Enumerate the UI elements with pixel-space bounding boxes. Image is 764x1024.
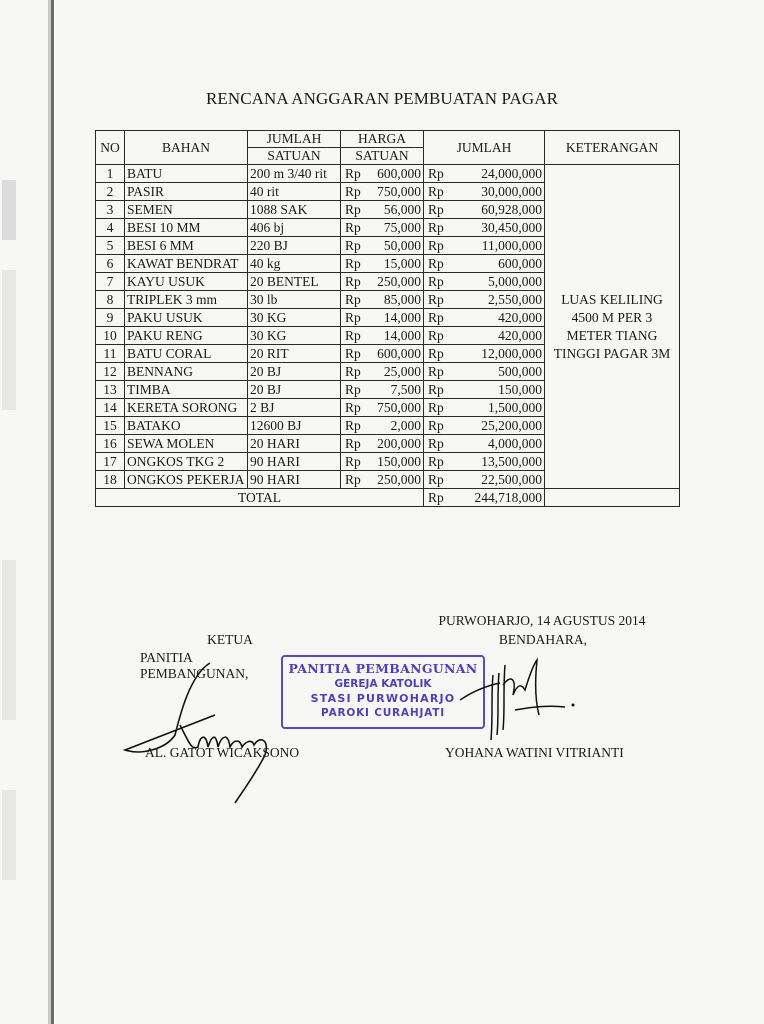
header-harga-satuan-bottom: SATUAN — [341, 148, 424, 165]
row-jumlah: Rp4,000,000 — [424, 435, 545, 453]
currency-label: Rp — [426, 419, 444, 433]
harga-value: 200,000 — [377, 437, 421, 451]
row-jumlah: Rp420,000 — [424, 309, 545, 327]
row-jumlah: Rp600,000 — [424, 255, 545, 273]
right-signer-name: YOHANA WATINI VITRIANTI — [445, 745, 645, 761]
header-jumlah-satuan-top: JUMLAH — [248, 131, 341, 148]
scan-edge-line — [51, 0, 54, 1024]
row-bahan: SEWA MOLEN — [125, 435, 248, 453]
jumlah-value: 22,500,000 — [481, 473, 542, 487]
keterangan-note: LUAS KELILING4500 M PER 3METER TIANGTING… — [545, 165, 680, 489]
row-no: 17 — [96, 453, 125, 471]
currency-label: Rp — [343, 239, 361, 253]
currency-label: Rp — [426, 491, 444, 505]
row-jumlah-satuan: 200 m 3/40 rit — [248, 165, 341, 183]
row-bahan: KAYU USUK — [125, 273, 248, 291]
row-jumlah-satuan: 40 rit — [248, 183, 341, 201]
right-signature-icon — [455, 655, 585, 745]
row-harga-satuan: Rp750,000 — [341, 399, 424, 417]
row-no: 4 — [96, 219, 125, 237]
currency-label: Rp — [343, 347, 361, 361]
row-no: 12 — [96, 363, 125, 381]
jumlah-value: 13,500,000 — [481, 455, 542, 469]
row-harga-satuan: Rp75,000 — [341, 219, 424, 237]
jumlah-value: 1,500,000 — [488, 401, 542, 415]
row-harga-satuan: Rp2,000 — [341, 417, 424, 435]
right-role-bendahara: BENDAHARA, — [433, 632, 653, 648]
row-no: 14 — [96, 399, 125, 417]
document-title: RENCANA ANGGARAN PEMBUATAN PAGAR — [0, 89, 764, 109]
row-jumlah: Rp2,550,000 — [424, 291, 545, 309]
harga-value: 7,500 — [391, 383, 421, 397]
row-jumlah: Rp22,500,000 — [424, 471, 545, 489]
currency-label: Rp — [426, 437, 444, 451]
row-jumlah-satuan: 30 lb — [248, 291, 341, 309]
currency-label: Rp — [426, 185, 444, 199]
stamp-line-3: STASI PURWOHARJO — [283, 692, 483, 705]
row-harga-satuan: Rp14,000 — [341, 327, 424, 345]
place-date: PURWOHARJO, 14 AGUSTUS 2014 — [432, 613, 652, 629]
jumlah-value: 30,450,000 — [481, 221, 542, 235]
header-jumlah: JUMLAH — [424, 131, 545, 165]
row-bahan: PAKU USUK — [125, 309, 248, 327]
row-jumlah: Rp1,500,000 — [424, 399, 545, 417]
jumlah-value: 150,000 — [498, 383, 542, 397]
currency-label: Rp — [343, 221, 361, 235]
row-harga-satuan: Rp750,000 — [341, 183, 424, 201]
row-jumlah-satuan: 12600 BJ — [248, 417, 341, 435]
currency-label: Rp — [343, 455, 361, 469]
currency-label: Rp — [426, 347, 444, 361]
currency-label: Rp — [426, 167, 444, 181]
row-no: 11 — [96, 345, 125, 363]
row-jumlah-satuan: 406 bj — [248, 219, 341, 237]
currency-label: Rp — [426, 293, 444, 307]
jumlah-value: 600,000 — [498, 257, 542, 271]
budget-table: NO BAHAN JUMLAH HARGA JUMLAH KETERANGAN … — [95, 130, 680, 507]
row-jumlah-satuan: 40 kg — [248, 255, 341, 273]
currency-label: Rp — [426, 329, 444, 343]
row-harga-satuan: Rp25,000 — [341, 363, 424, 381]
harga-value: 250,000 — [377, 275, 421, 289]
currency-label: Rp — [426, 401, 444, 415]
row-no: 15 — [96, 417, 125, 435]
row-bahan: BATAKO — [125, 417, 248, 435]
row-harga-satuan: Rp200,000 — [341, 435, 424, 453]
row-bahan: TIMBA — [125, 381, 248, 399]
row-jumlah-satuan: 90 HARI — [248, 471, 341, 489]
scan-ghost-mark — [2, 270, 16, 410]
row-jumlah: Rp420,000 — [424, 327, 545, 345]
row-bahan: KERETA SORONG — [125, 399, 248, 417]
currency-label: Rp — [343, 329, 361, 343]
jumlah-value: 500,000 — [498, 365, 542, 379]
currency-label: Rp — [343, 401, 361, 415]
row-harga-satuan: Rp85,000 — [341, 291, 424, 309]
row-jumlah: Rp60,928,000 — [424, 201, 545, 219]
currency-label: Rp — [343, 257, 361, 271]
row-jumlah: Rp150,000 — [424, 381, 545, 399]
left-signer-name: AL. GATOT WICAKSONO — [145, 745, 315, 761]
row-bahan: ONGKOS TKG 2 — [125, 453, 248, 471]
total-value: 244,718,000 — [475, 491, 543, 505]
row-harga-satuan: Rp600,000 — [341, 165, 424, 183]
row-harga-satuan: Rp250,000 — [341, 471, 424, 489]
row-harga-satuan: Rp600,000 — [341, 345, 424, 363]
total-label: TOTAL — [96, 489, 424, 507]
harga-value: 25,000 — [384, 365, 421, 379]
row-jumlah-satuan: 20 BJ — [248, 363, 341, 381]
currency-label: Rp — [343, 383, 361, 397]
currency-label: Rp — [426, 473, 444, 487]
row-no: 13 — [96, 381, 125, 399]
harga-value: 15,000 — [384, 257, 421, 271]
currency-label: Rp — [343, 167, 361, 181]
stamp-line-1: PANITIA PEMBANGUNAN — [283, 661, 483, 676]
currency-label: Rp — [343, 419, 361, 433]
row-no: 7 — [96, 273, 125, 291]
row-jumlah-satuan: 2 BJ — [248, 399, 341, 417]
row-jumlah: Rp13,500,000 — [424, 453, 545, 471]
row-no: 5 — [96, 237, 125, 255]
row-jumlah-satuan: 90 HARI — [248, 453, 341, 471]
harga-value: 150,000 — [377, 455, 421, 469]
row-no: 18 — [96, 471, 125, 489]
total-keterangan-empty — [545, 489, 680, 507]
currency-label: Rp — [343, 437, 361, 451]
harga-value: 750,000 — [377, 401, 421, 415]
row-no: 2 — [96, 183, 125, 201]
row-jumlah: Rp30,450,000 — [424, 219, 545, 237]
header-harga-satuan-top: HARGA — [341, 131, 424, 148]
header-jumlah-satuan-bottom: SATUAN — [248, 148, 341, 165]
row-bahan: BATU — [125, 165, 248, 183]
row-bahan: BESI 10 MM — [125, 219, 248, 237]
currency-label: Rp — [343, 275, 361, 289]
harga-value: 600,000 — [377, 167, 421, 181]
total-row: TOTAL Rp244,718,000 — [96, 489, 680, 507]
harga-value: 250,000 — [377, 473, 421, 487]
currency-label: Rp — [343, 293, 361, 307]
harga-value: 2,000 — [391, 419, 421, 433]
scan-ghost-mark — [2, 790, 16, 880]
currency-label: Rp — [426, 221, 444, 235]
header-no: NO — [96, 131, 125, 165]
table-row: 1BATU200 m 3/40 ritRp600,000Rp24,000,000… — [96, 165, 680, 183]
jumlah-value: 4,000,000 — [488, 437, 542, 451]
row-bahan: BATU CORAL — [125, 345, 248, 363]
left-role-ketua: KETUA — [195, 632, 265, 648]
jumlah-value: 420,000 — [498, 329, 542, 343]
harga-value: 50,000 — [384, 239, 421, 253]
row-jumlah: Rp30,000,000 — [424, 183, 545, 201]
row-bahan: PASIR — [125, 183, 248, 201]
currency-label: Rp — [426, 383, 444, 397]
currency-label: Rp — [426, 455, 444, 469]
currency-label: Rp — [343, 365, 361, 379]
keterangan-line: 4500 M PER 3 — [547, 309, 677, 327]
row-harga-satuan: Rp250,000 — [341, 273, 424, 291]
keterangan-line: LUAS KELILING — [547, 291, 677, 309]
row-harga-satuan: Rp14,000 — [341, 309, 424, 327]
row-jumlah-satuan: 1088 SAK — [248, 201, 341, 219]
currency-label: Rp — [343, 185, 361, 199]
row-jumlah: Rp5,000,000 — [424, 273, 545, 291]
stamp-line-2: GEREJA KATOLIK — [283, 678, 483, 690]
row-no: 8 — [96, 291, 125, 309]
row-no: 10 — [96, 327, 125, 345]
row-jumlah-satuan: 20 RIT — [248, 345, 341, 363]
row-bahan: SEMEN — [125, 201, 248, 219]
harga-value: 750,000 — [377, 185, 421, 199]
scan-ghost-mark — [2, 560, 16, 720]
jumlah-value: 24,000,000 — [481, 167, 542, 181]
jumlah-value: 30,000,000 — [481, 185, 542, 199]
row-bahan: BESI 6 MM — [125, 237, 248, 255]
row-bahan: KAWAT BENDRAT — [125, 255, 248, 273]
row-bahan: ONGKOS PEKERJA — [125, 471, 248, 489]
jumlah-value: 2,550,000 — [488, 293, 542, 307]
row-harga-satuan: Rp150,000 — [341, 453, 424, 471]
row-bahan: BENNANG — [125, 363, 248, 381]
currency-label: Rp — [426, 203, 444, 217]
row-no: 6 — [96, 255, 125, 273]
jumlah-value: 5,000,000 — [488, 275, 542, 289]
row-no: 16 — [96, 435, 125, 453]
row-no: 3 — [96, 201, 125, 219]
row-jumlah-satuan: 30 KG — [248, 327, 341, 345]
row-jumlah-satuan: 20 BJ — [248, 381, 341, 399]
row-jumlah: Rp500,000 — [424, 363, 545, 381]
currency-label: Rp — [426, 275, 444, 289]
currency-label: Rp — [426, 365, 444, 379]
row-harga-satuan: Rp56,000 — [341, 201, 424, 219]
scan-ghost-mark — [2, 180, 16, 240]
currency-label: Rp — [343, 311, 361, 325]
row-jumlah: Rp11,000,000 — [424, 237, 545, 255]
keterangan-line: METER TIANG — [547, 327, 677, 345]
harga-value: 14,000 — [384, 311, 421, 325]
row-jumlah-satuan: 20 HARI — [248, 435, 341, 453]
total-amount: Rp244,718,000 — [424, 489, 545, 507]
row-harga-satuan: Rp7,500 — [341, 381, 424, 399]
row-jumlah-satuan: 30 KG — [248, 309, 341, 327]
left-signature-icon — [120, 655, 300, 805]
jumlah-value: 12,000,000 — [481, 347, 542, 361]
currency-label: Rp — [426, 239, 444, 253]
header-bahan: BAHAN — [125, 131, 248, 165]
row-no: 1 — [96, 165, 125, 183]
row-harga-satuan: Rp15,000 — [341, 255, 424, 273]
currency-label: Rp — [343, 473, 361, 487]
jumlah-value: 11,000,000 — [482, 239, 542, 253]
harga-value: 600,000 — [377, 347, 421, 361]
currency-label: Rp — [426, 311, 444, 325]
row-jumlah: Rp24,000,000 — [424, 165, 545, 183]
keterangan-line: TINGGI PAGAR 3M — [547, 345, 677, 363]
currency-label: Rp — [426, 257, 444, 271]
row-bahan: PAKU RENG — [125, 327, 248, 345]
jumlah-value: 420,000 — [498, 311, 542, 325]
row-jumlah-satuan: 220 BJ — [248, 237, 341, 255]
jumlah-value: 60,928,000 — [481, 203, 542, 217]
currency-label: Rp — [343, 203, 361, 217]
row-jumlah-satuan: 20 BENTEL — [248, 273, 341, 291]
row-jumlah: Rp25,200,000 — [424, 417, 545, 435]
stamp-line-4: PAROKI CURAHJATI — [283, 707, 483, 719]
harga-value: 75,000 — [384, 221, 421, 235]
harga-value: 56,000 — [384, 203, 421, 217]
row-jumlah: Rp12,000,000 — [424, 345, 545, 363]
jumlah-value: 25,200,000 — [481, 419, 542, 433]
header-keterangan: KETERANGAN — [545, 131, 680, 165]
row-harga-satuan: Rp50,000 — [341, 237, 424, 255]
harga-value: 14,000 — [384, 329, 421, 343]
row-no: 9 — [96, 309, 125, 327]
row-bahan: TRIPLEK 3 mm — [125, 291, 248, 309]
harga-value: 85,000 — [384, 293, 421, 307]
